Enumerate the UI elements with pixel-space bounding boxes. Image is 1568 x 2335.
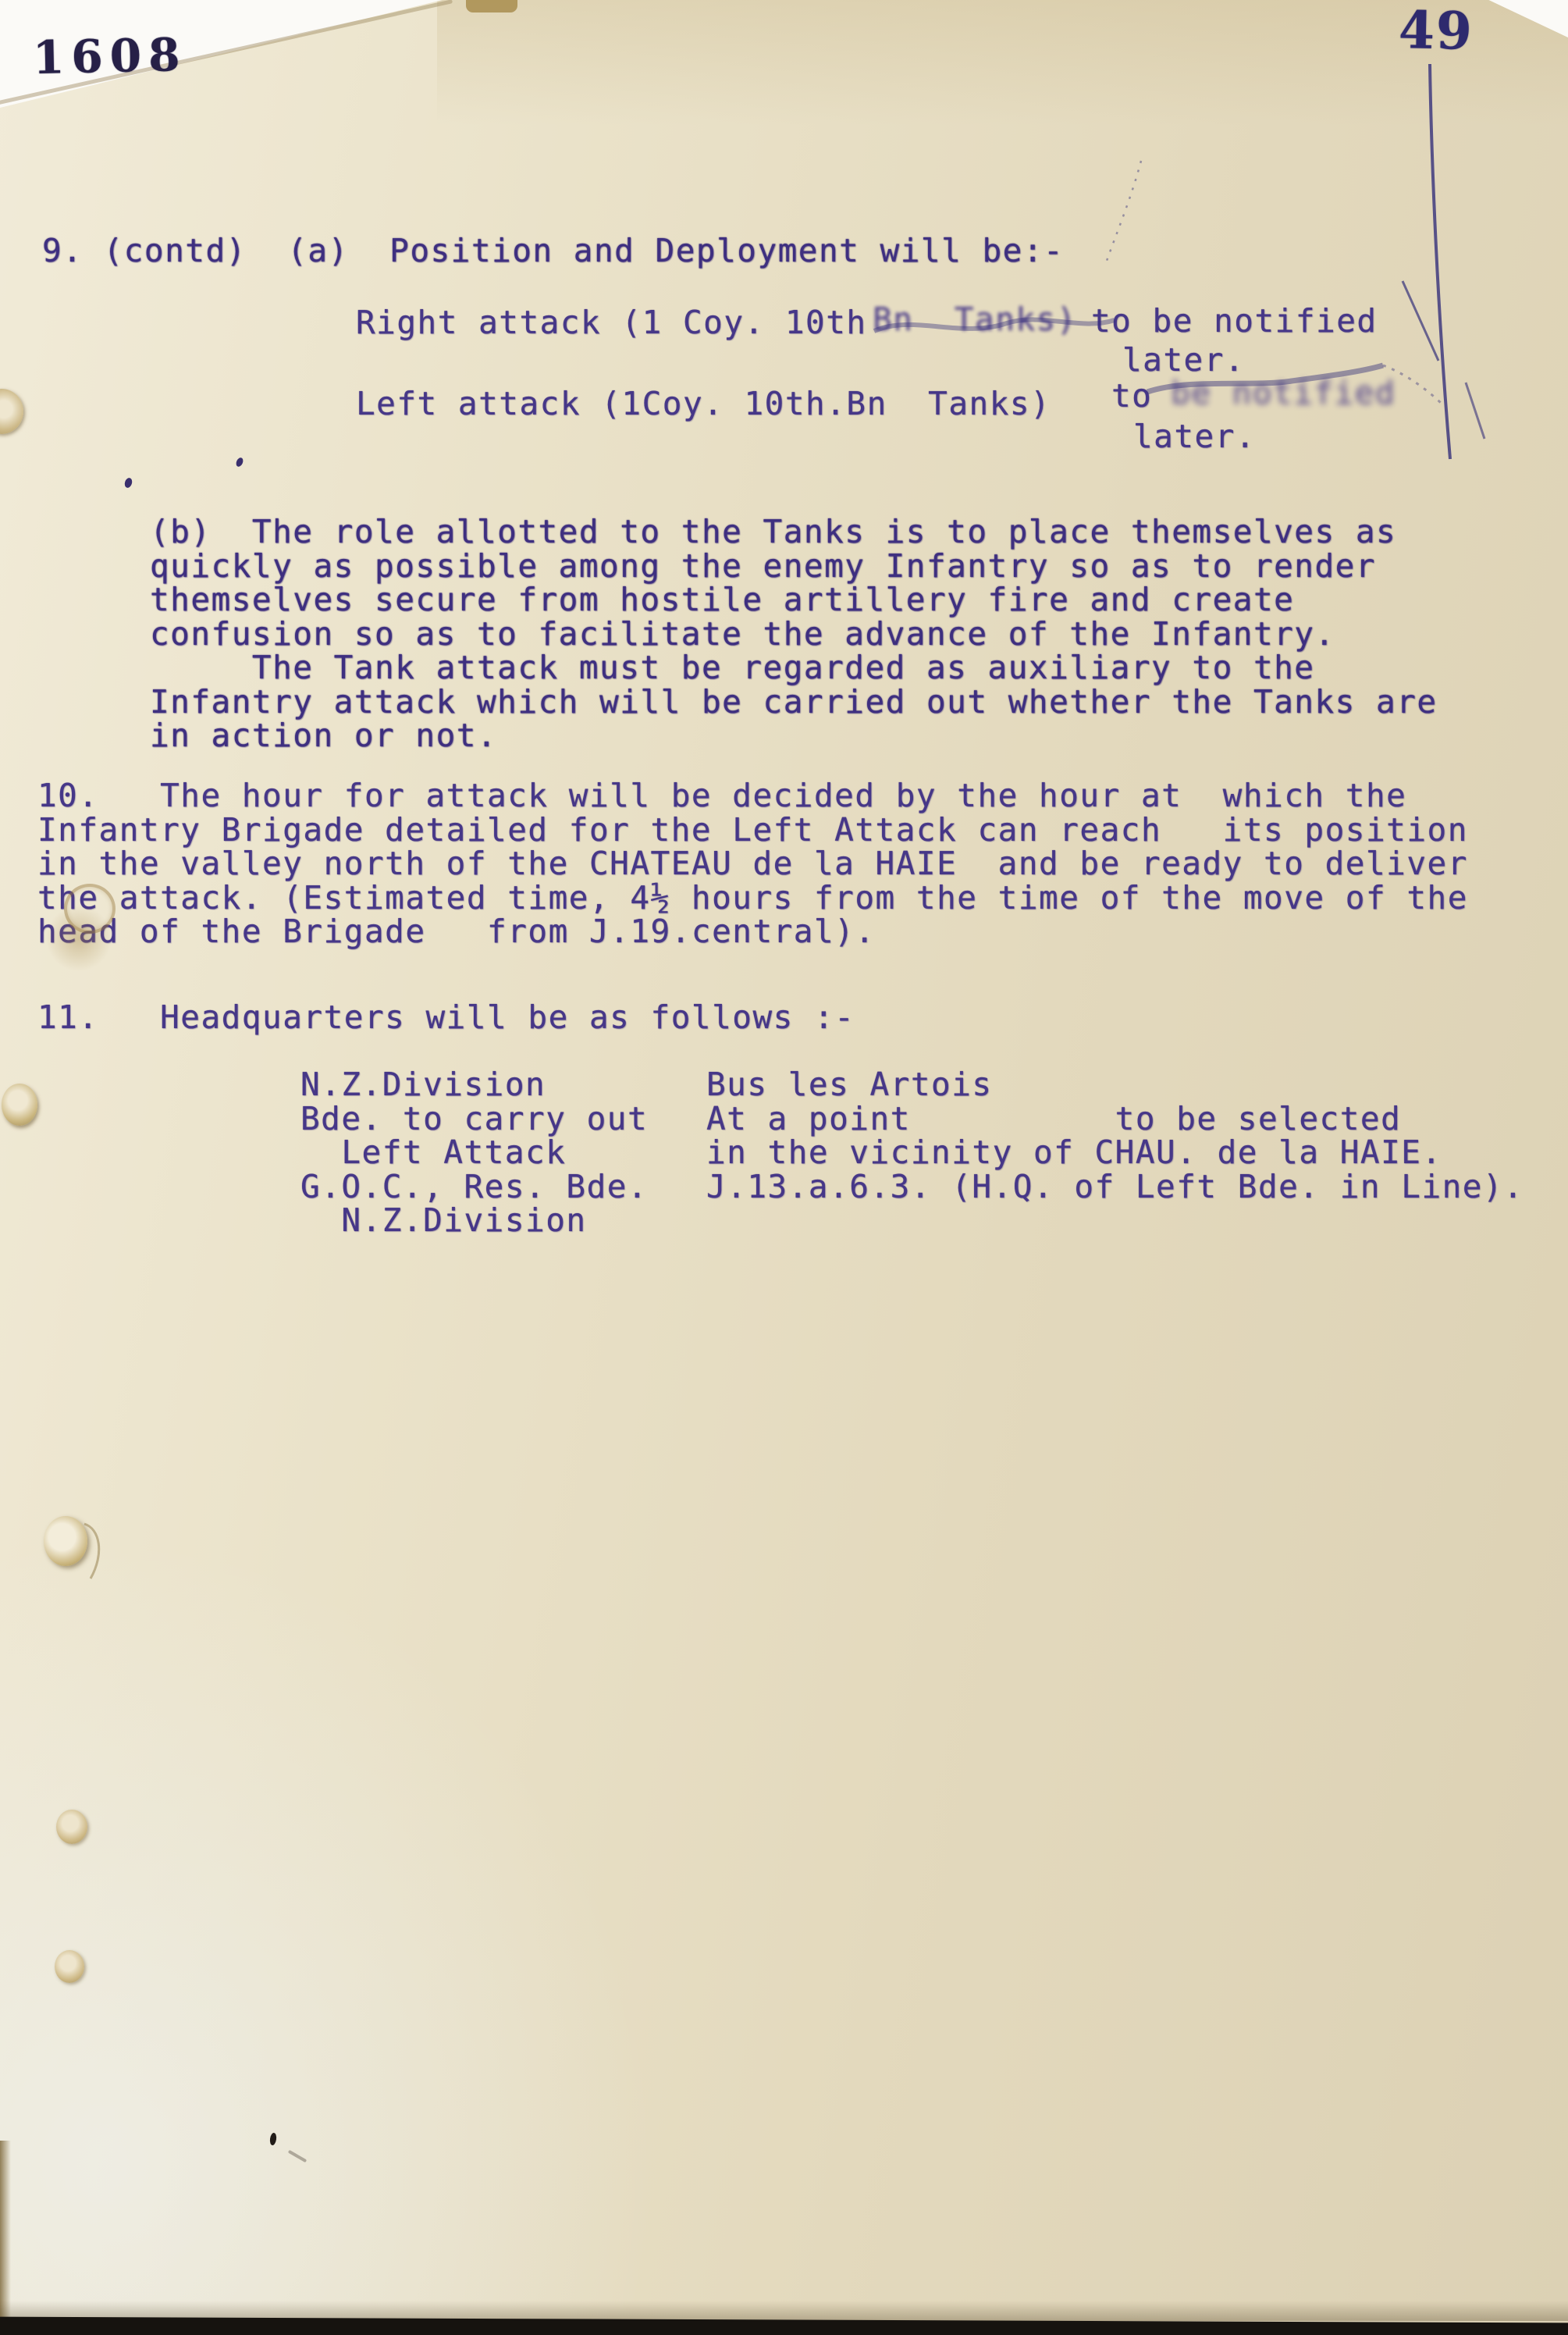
paper-edge-shadow [0,2141,11,2322]
document-page: 1608 49 9. (contd) (a) Position and Depl… [0,0,1568,2335]
small-hole-2 [55,1950,84,1983]
torn-hole [44,1516,87,1566]
right-attack-line: Right attack (1 Coy. 10th [356,306,867,340]
right-attack-note-cont: later. [1122,343,1245,378]
page-number: 49 [1398,0,1474,62]
right-attack-smudged: Bn Tanks) [873,303,1077,337]
left-attack-note-smudged: be notified [1171,376,1396,411]
section9-paragraph-b: (b) The role allotted to the Tanks is to… [150,515,1438,753]
left-attack-note-cont: later. [1133,420,1256,454]
paper-light-sheen [0,1483,702,2335]
section10-paragraph: 10. The hour for attack will be decided … [37,779,1468,949]
section11-heading: 11. Headquarters will be as follows :- [37,1001,855,1035]
section9-heading: 9. (contd) (a) Position and Deployment w… [42,234,1064,269]
hq-right-column: Bus les Artois At a point to be selected… [706,1068,1524,1204]
punch-hole [2,1084,37,1126]
right-attack-note: to be notified [1091,304,1378,339]
hq-left-column: N.Z.Division Bde. to carry out Left Atta… [300,1068,648,1238]
tape-remnant [466,0,517,12]
left-attack-line: Left attack (1Coy. 10th.Bn Tanks) [356,387,1051,422]
brown-stain [45,906,112,971]
small-hole-1 [56,1810,87,1844]
left-attack-note-prefix: to [1111,379,1152,414]
document-number-stamp: 1608 [32,28,187,84]
